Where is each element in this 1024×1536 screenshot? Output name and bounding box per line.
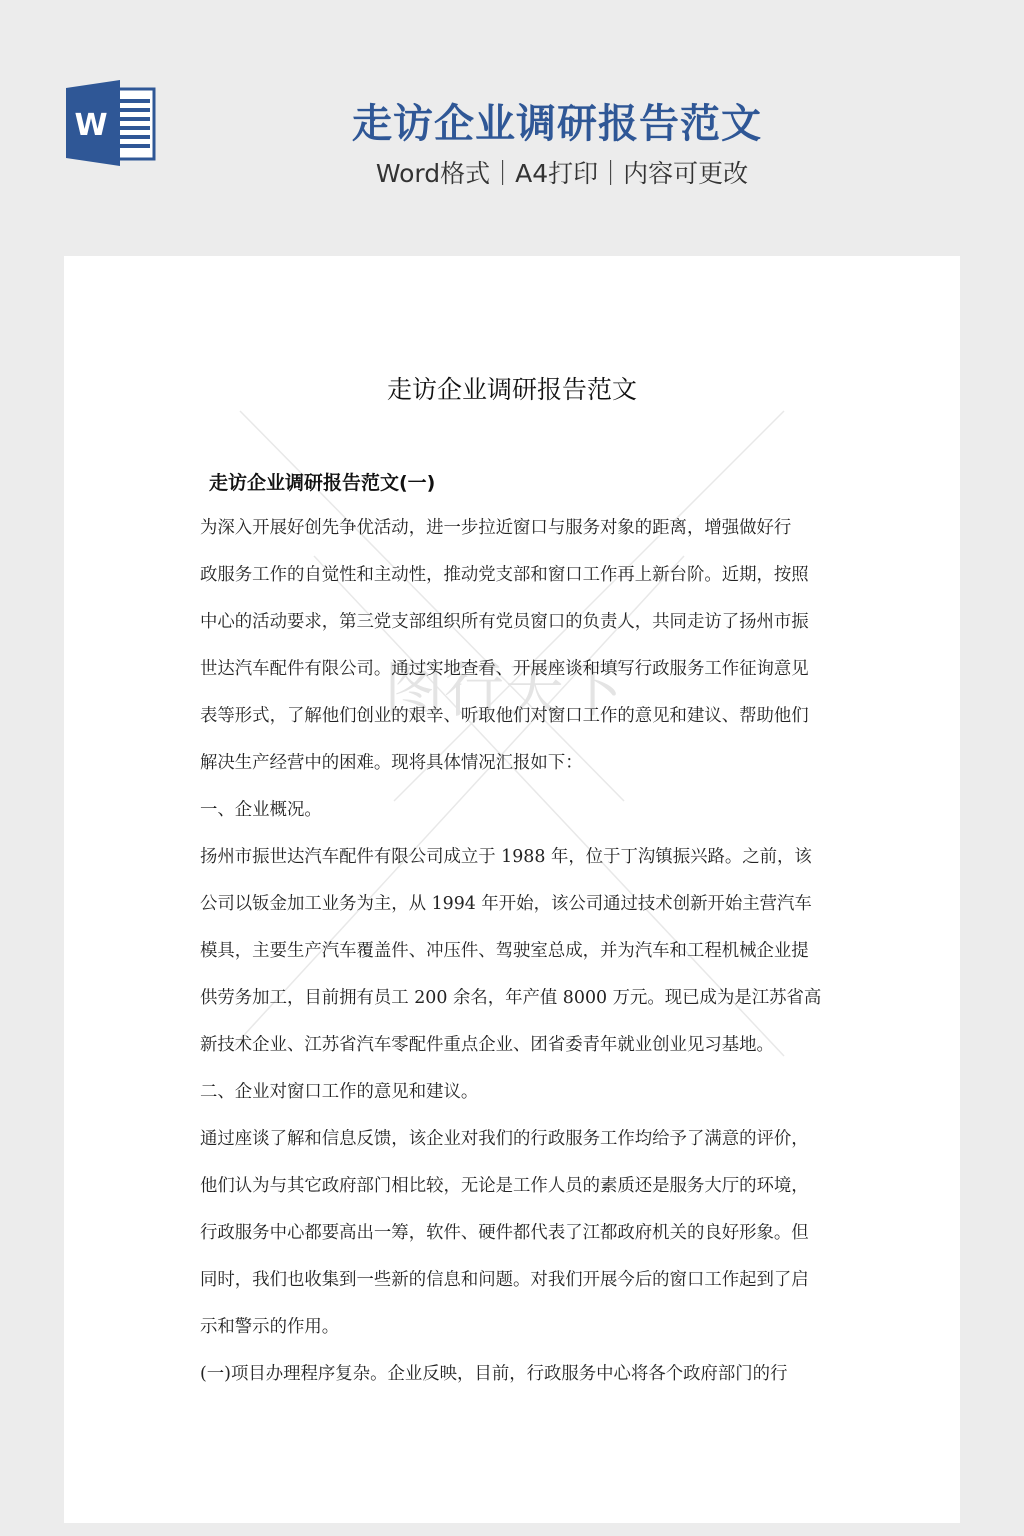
body-line: 政服务工作的自觉性和主动性，推动党支部和窗口工作再上新台阶。近期，按照 — [200, 552, 825, 599]
body-line: 同时，我们也收集到一些新的信息和问题。对我们开展今后的窗口工作起到了启 — [200, 1257, 825, 1304]
section-title: 走访企业调研报告范文(一) — [209, 468, 435, 495]
header-title: 走访企业调研报告范文 — [0, 92, 1024, 149]
body-line: 解决生产经营中的困难。现将具体情况汇报如下： — [200, 740, 825, 787]
body-line: 为深入开展好创先争优活动，进一步拉近窗口与服务对象的距离，增强做好行 — [200, 505, 825, 552]
body-line: 供劳务加工，目前拥有员工 200 余名，年产值 8000 万元。现已成为是江苏省… — [200, 975, 825, 1022]
body-line: 模具，主要生产汽车覆盖件、冲压件、驾驶室总成，并为汽车和工程机械企业提 — [200, 928, 825, 975]
header-subtitle: Word格式｜A4打印｜内容可更改 — [0, 154, 1024, 190]
body-line: (一)项目办理程序复杂。企业反映，目前，行政服务中心将各个政府部门的行 — [200, 1351, 825, 1398]
body-line: 表等形式，了解他们创业的艰辛、听取他们对窗口工作的意见和建议、帮助他们 — [200, 693, 825, 740]
document-body: 为深入开展好创先争优活动，进一步拉近窗口与服务对象的距离，增强做好行 政服务工作… — [200, 505, 825, 1398]
body-line: 他们认为与其它政府部门相比较，无论是工作人员的素质还是服务大厅的环境， — [200, 1163, 825, 1210]
body-line: 新技术企业、江苏省汽车零配件重点企业、团省委青年就业创业见习基地。 — [200, 1022, 825, 1069]
body-line: 通过座谈了解和信息反馈，该企业对我们的行政服务工作均给予了满意的评价， — [200, 1116, 825, 1163]
heading-opinions: 二、企业对窗口工作的意见和建议。 — [200, 1069, 825, 1116]
body-line: 公司以钣金加工业务为主，从 1994 年开始，该公司通过技术创新开始主营汽车 — [200, 881, 825, 928]
body-line: 行政服务中心都要高出一筹，软件、硬件都代表了江都政府机关的良好形象。但 — [200, 1210, 825, 1257]
body-line: 中心的活动要求，第三党支部组织所有党员窗口的负责人，共同走访了扬州市振 — [200, 599, 825, 646]
heading-enterprise-overview: 一、企业概况。 — [200, 787, 825, 834]
body-line: 示和警示的作用。 — [200, 1304, 825, 1351]
document-title: 走访企业调研报告范文 — [64, 370, 960, 406]
body-line: 世达汽车配件有限公司。通过实地查看、开展座谈和填写行政服务工作征询意见 — [200, 646, 825, 693]
body-line: 扬州市振世达汽车配件有限公司成立于 1988 年，位于丁沟镇振兴路。之前，该 — [200, 834, 825, 881]
